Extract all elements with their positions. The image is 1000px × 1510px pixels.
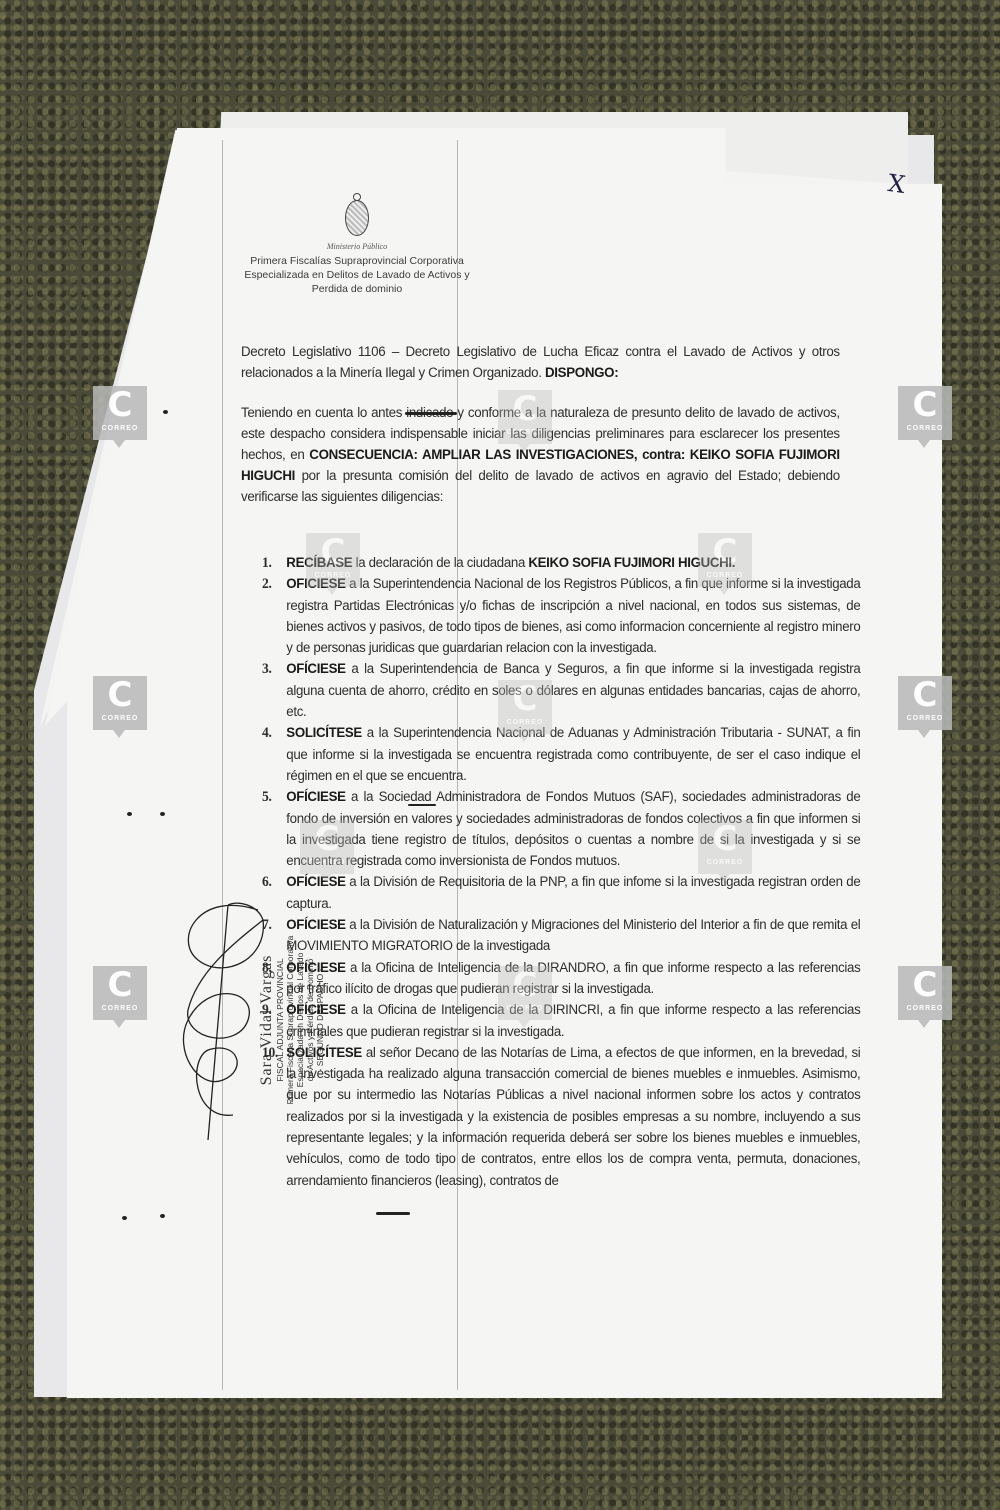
list-item: 7.OFÍCIESE a la División de Naturalizaci… [262,915,860,958]
paragraph-decreto: Decreto Legislativo 1106 – Decreto Legis… [241,342,840,384]
list-body: OFÍCIESE a la División de Requisitoria d… [286,872,860,915]
correo-watermark-icon: CCORREO [93,966,147,1020]
correo-watermark-icon: CCORREO [898,676,952,730]
correo-watermark-icon: CCORREO [498,680,552,734]
ink-strike [405,412,457,415]
list-number: 2. [262,574,286,659]
list-body: RECÍBASE la declaración de la ciudadana … [286,553,860,574]
ink-dot [163,410,168,414]
letterhead: Ministerio Público Primera Fiscalías Sup… [232,200,482,296]
list-item: 6.OFÍCIESE a la División de Requisitoria… [262,872,860,915]
list-number: 3. [262,659,286,723]
correo-watermark-icon: CCORREO [898,966,952,1020]
list-body: OFÍCIESE a la División de Naturalización… [286,915,860,958]
list-number: 5. [262,787,286,872]
list-item: 3.OFÍCIESE a la Superintendencia de Banc… [262,659,860,723]
list-item: 2.OFICIESE a la Superintendencia Naciona… [262,574,860,659]
list-item: 10.SOLICÍTESE al señor Decano de las Not… [262,1043,860,1192]
correo-watermark-icon: CCORREO [300,820,354,874]
ink-dot [160,812,165,816]
correo-watermark-icon: CCORREO [93,386,147,440]
list-body: OFÍCIESE a la Oficina de Inteligencia de… [286,958,860,1001]
list-body: OFÍCIESE a la Superintendencia de Banca … [286,659,860,723]
correo-watermark-icon: CCORREO [498,390,552,444]
ink-strike [408,804,436,806]
fiscal-stamp: Sara Vidal Vargas FISCAL ADJUNTA PROVINC… [258,920,325,1120]
list-item: 9.OFÍCIESE a la Oficina de Inteligencia … [262,1000,860,1043]
office-line: Perdida de dominio [232,282,482,296]
ink-strike [376,1212,410,1215]
list-body: OFICIESE a la Superintendencia Nacional … [286,574,860,659]
correo-watermark-icon: CCORREO [498,966,552,1020]
fold-line [222,140,223,1390]
list-body: SOLICÍTESE al señor Decano de las Notarí… [286,1043,860,1192]
ink-dot [122,1216,127,1220]
ministry-script: Ministerio Público [232,240,482,254]
office-line: Primera Fiscalías Supraprovincial Corpor… [232,254,482,268]
list-number: 1. [262,553,286,574]
list-body: SOLICÍTESE a la Superintendencia Naciona… [286,723,860,787]
coat-of-arms-icon [345,200,369,236]
correo-watermark-icon: CCORREO [306,533,360,587]
stamp-name: Sara Vidal Vargas [258,920,275,1120]
correo-watermark-icon: CCORREO [698,820,752,874]
list-number: 4. [262,723,286,787]
correo-watermark-icon: CCORREO [93,676,147,730]
ink-dot [160,1214,165,1218]
correo-watermark-icon: CCORREO [898,386,952,440]
correo-watermark-icon: CCORREO [698,533,752,587]
list-body: OFÍCIESE a la Oficina de Inteligencia de… [286,1000,860,1043]
list-item: 4.SOLICÍTESE a la Superintendencia Nacio… [262,723,860,787]
office-line: Especializada en Delitos de Lavado de Ac… [232,268,482,282]
list-item: 8.OFÍCIESE a la Oficina de Inteligencia … [262,958,860,1001]
list-body: OFÍCIESE a la Sociedad Administradora de… [286,787,860,872]
ink-dot [127,812,132,816]
